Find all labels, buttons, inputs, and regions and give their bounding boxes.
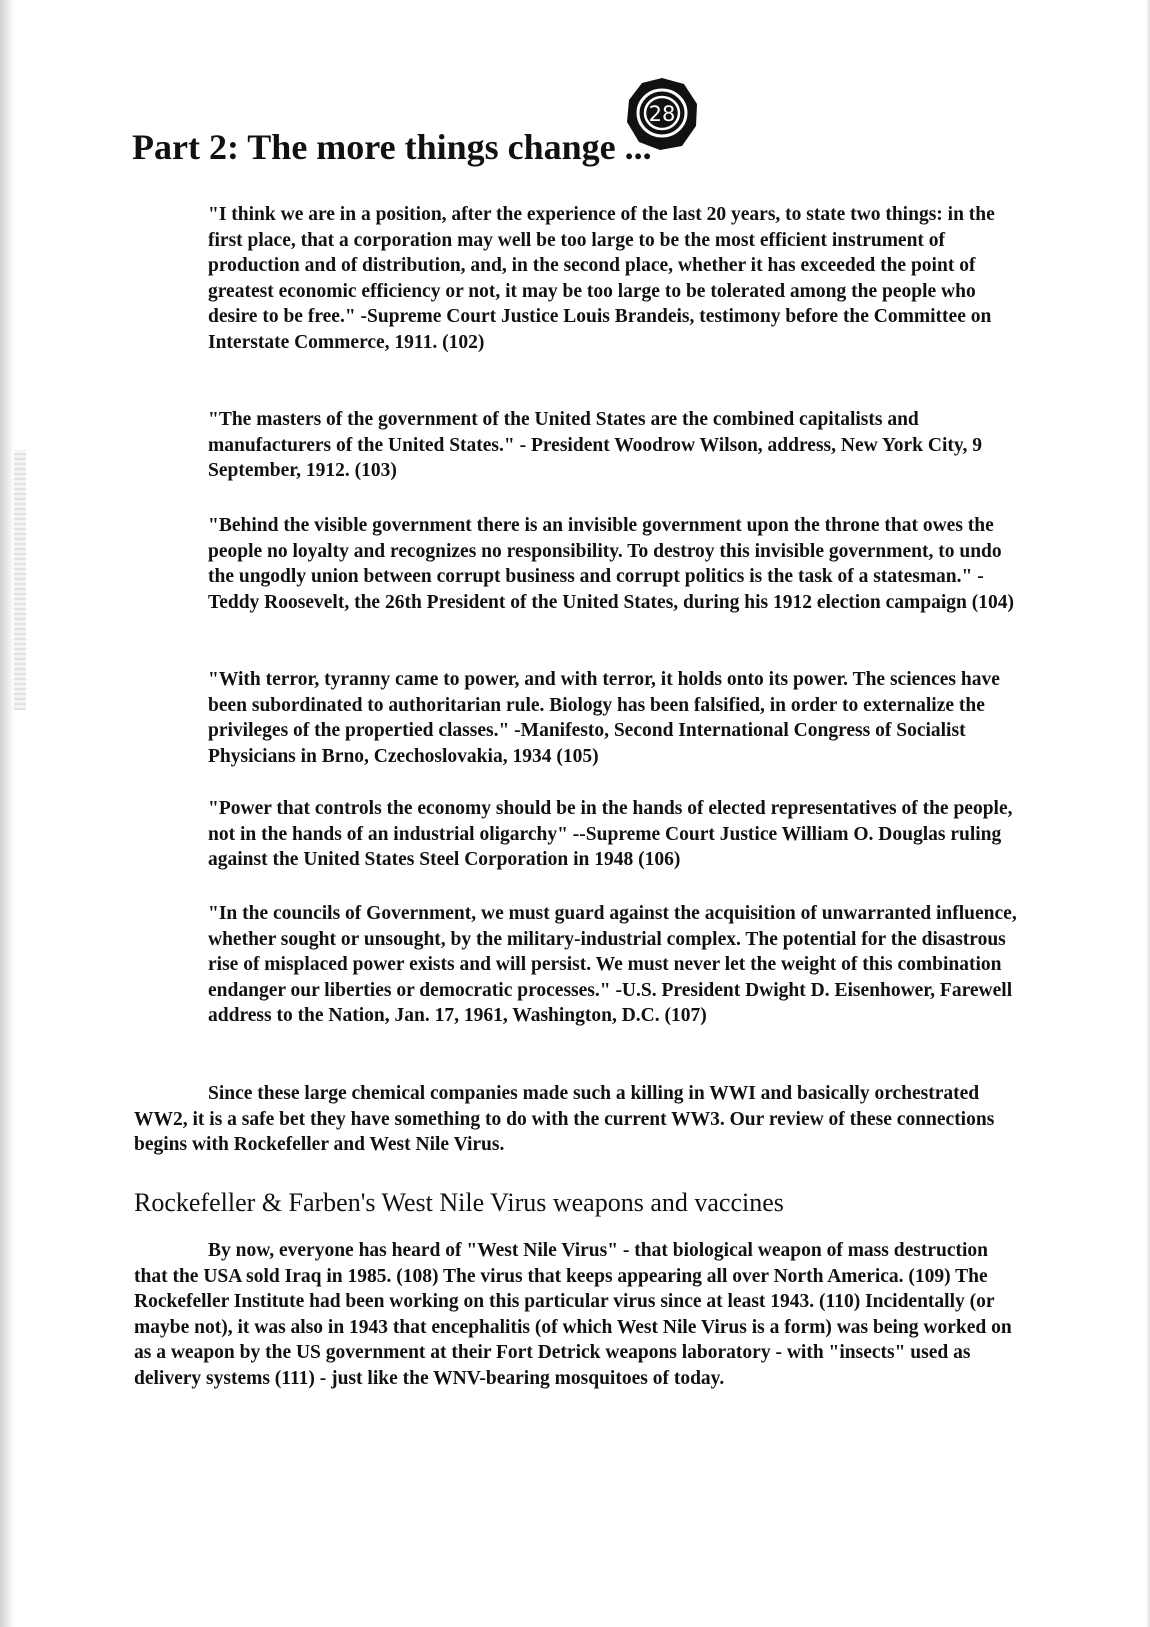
scan-smudge: [14, 450, 26, 710]
quote-roosevelt: "Behind the visible government there is …: [208, 513, 1018, 615]
scan-edge-left: [0, 0, 14, 1627]
svg-text:28: 28: [649, 102, 676, 126]
page-title: Part 2: The more things change ...: [132, 126, 652, 168]
intro-paragraph: Since these large chemical companies mad…: [134, 1081, 1014, 1158]
quote-eisenhower: "In the councils of Government, we must …: [208, 901, 1018, 1029]
section-heading: Rockefeller & Farben's West Nile Virus w…: [134, 1188, 784, 1218]
scan-edge-right: [1146, 0, 1150, 1627]
quote-brandeis: "I think we are in a position, after the…: [208, 202, 1018, 355]
quote-wilson: "The masters of the government of the Un…: [208, 407, 1018, 484]
quote-manifesto: "With terror, tyranny came to power, and…: [208, 667, 1018, 769]
quote-douglas: "Power that controls the economy should …: [208, 796, 1018, 873]
section-paragraph: By now, everyone has heard of "West Nile…: [134, 1238, 1014, 1391]
